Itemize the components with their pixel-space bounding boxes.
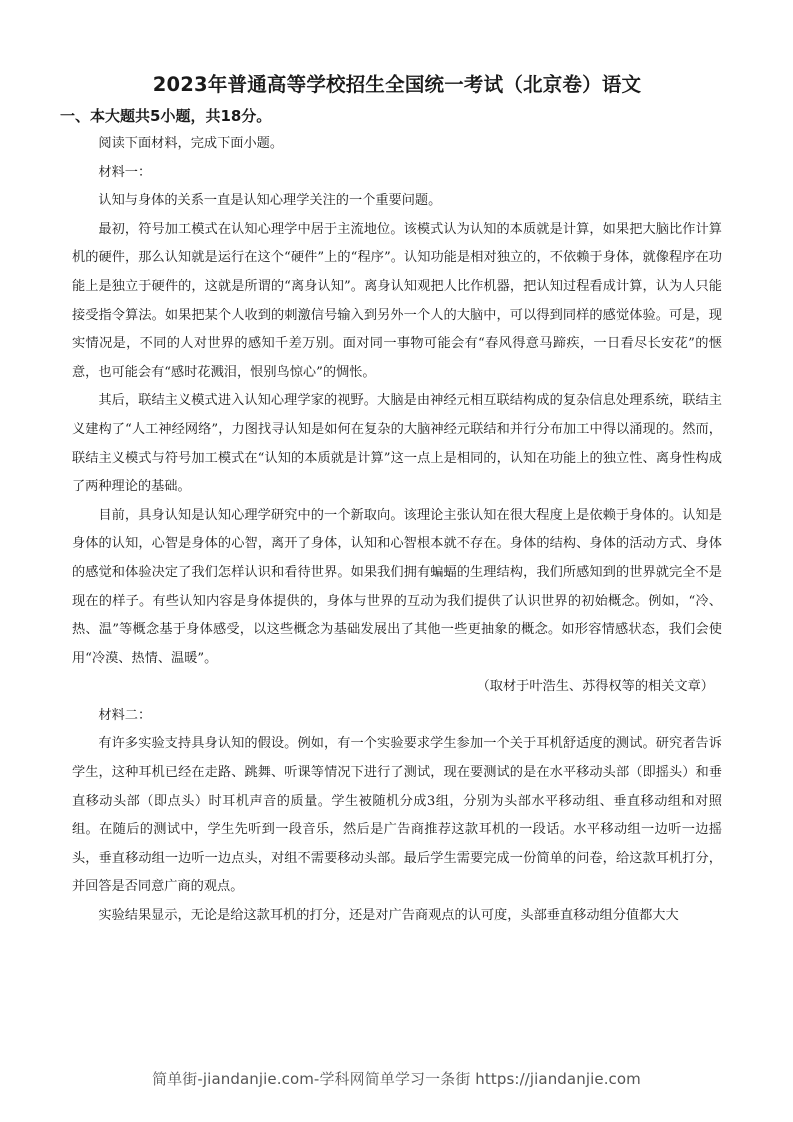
document-title: 2023年普通高等学校招生全国统一考试（北京卷）语文	[72, 68, 722, 102]
material-one-label: 材料一：	[72, 159, 722, 188]
document-page: 2023年普通高等学校招生全国统一考试（北京卷）语文 一、本大题共5小题，共18…	[72, 68, 722, 931]
material-one-paragraph: 其后，联结主义模式进入认知心理学家的视野。大脑是由神经元相互联结构成的复杂信息处…	[72, 387, 722, 501]
material-one-paragraph: 最初，符号加工模式在认知心理学中居于主流地位。该模式认为认知的本质就是计算，如果…	[72, 216, 722, 388]
footer-watermark: 简单街-jiandanjie.com-学科网简单学习一条街 https://ji…	[0, 1068, 793, 1089]
material-two-paragraph: 实验结果显示，无论是给这款耳机的打分，还是对广告商观点的认可度，头部垂直移动组分…	[72, 902, 722, 931]
material-one-source: （取材于叶浩生、苏得权等的相关文章）	[72, 673, 722, 702]
material-two-label: 材料二：	[72, 702, 722, 731]
material-one-paragraph: 认知与身体的关系一直是认知心理学关注的一个重要问题。	[72, 187, 722, 216]
material-two-paragraph: 有许多实验支持具身认知的假设。例如，有一个实验要求学生参加一个关于耳机舒适度的测…	[72, 730, 722, 902]
instruction-text: 阅读下面材料，完成下面小题。	[72, 130, 722, 159]
material-one-paragraph: 目前，具身认知是认知心理学研究中的一个新取向。该理论主张认知在很大程度上是依赖于…	[72, 502, 722, 674]
section-heading: 一、本大题共5小题，共18分。	[60, 102, 722, 130]
